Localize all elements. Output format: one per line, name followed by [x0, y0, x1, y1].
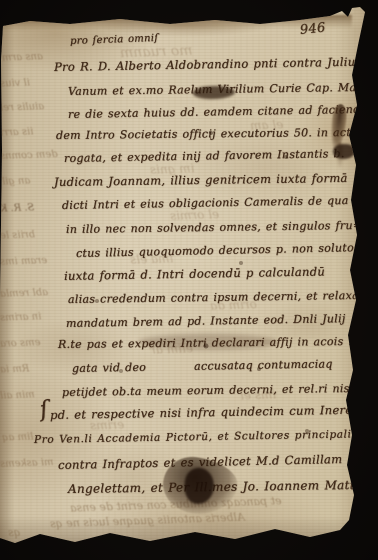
ink-smudge [138, 334, 278, 350]
verso-bleed-fragment: an gil [2, 176, 31, 188]
verso-bleed-fragment: il vius [0, 77, 30, 89]
verso-bleed-fragment: in arims [0, 311, 42, 323]
verso-bleed-fragment: abl remla [0, 287, 48, 300]
ink-specks [0, 0, 2, 2]
verso-bleed-fragment: S. R. K [0, 202, 34, 214]
photo-backdrop: ans arm il vius aiulis rel iis arri dem … [0, 0, 378, 560]
verso-bleed-fragment: dem comns [0, 149, 58, 162]
verso-bleed-fragment: ems ora [0, 337, 41, 349]
verso-bleed-fragment: iis arri [0, 126, 34, 138]
verso-bleed-fragment: lim aq [2, 431, 34, 443]
verso-bleed-fragment: Rm ia [0, 363, 30, 375]
verso-bleed-fragment: eram ims [0, 255, 47, 268]
page-number: 946 [299, 20, 326, 38]
verso-bleed-fragment: briis le [0, 229, 35, 241]
verso-bleed-line: qs [8, 526, 21, 539]
manuscript-page: ans arm il vius aiulis rel iis arri dem … [0, 0, 378, 560]
verso-bleed-fragment: min ail [0, 389, 35, 401]
verso-bleed-fragment: ans arm [2, 51, 43, 63]
verso-bleed-fragment: mi askems [0, 457, 54, 470]
verso-bleed-fragment: aiulis rel [0, 101, 44, 114]
